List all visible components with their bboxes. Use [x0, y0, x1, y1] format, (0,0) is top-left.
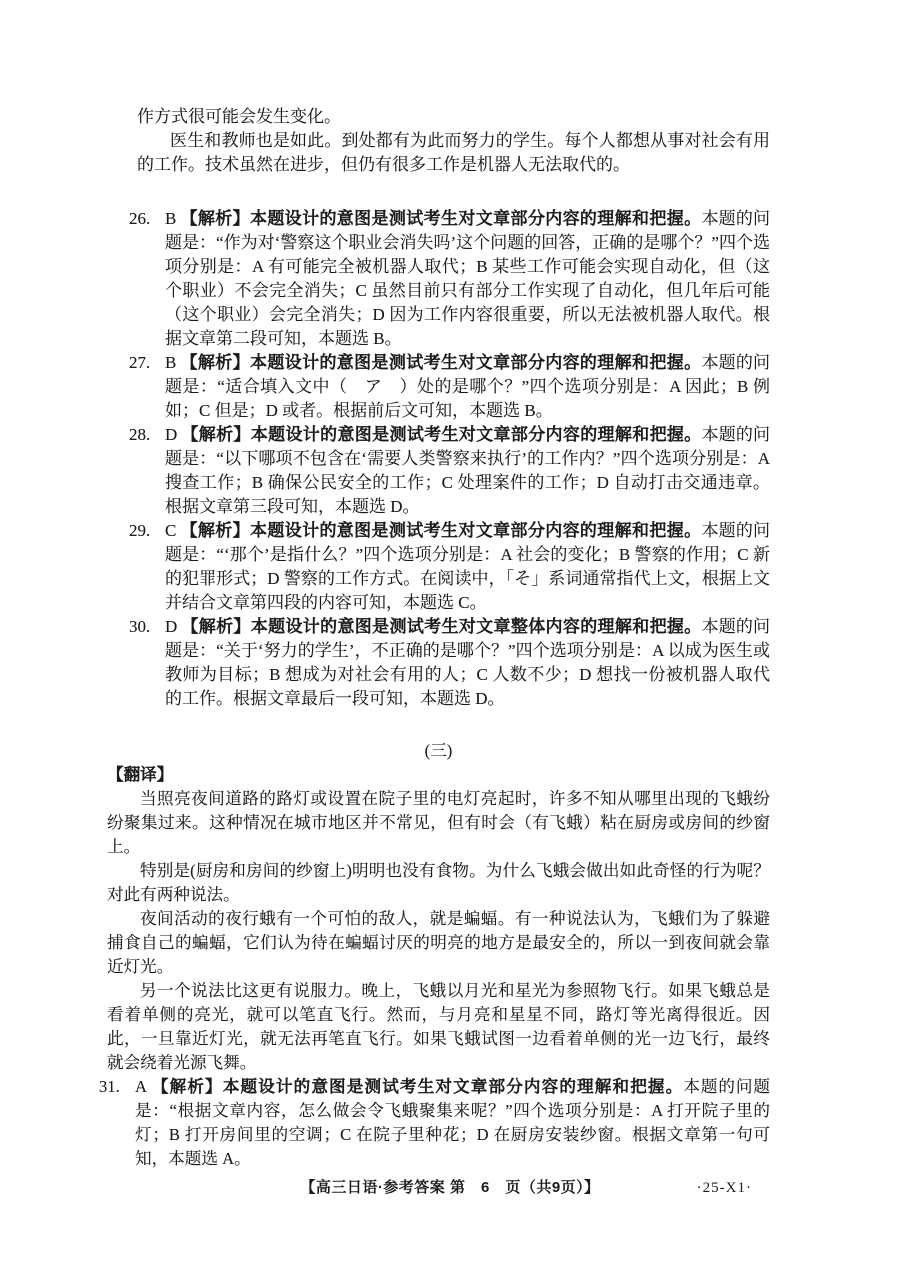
analysis-heading: 【解析】本题设计的意图是测试考生对文章部分内容的理解和把握。 [180, 521, 701, 540]
answer-letter: B [165, 353, 176, 372]
analysis-heading: 【解析】本题设计的意图是测试考生对文章部分内容的理解和把握。 [151, 1077, 683, 1096]
translation-paragraph-1: 当照亮夜间道路的路灯或设置在院子里的电灯亮起时，许多不知从哪里出现的飞蛾纷纷聚集… [107, 787, 770, 859]
intro-paragraph: 医生和教师也是如此。到处都有为此而努力的学生。每个人都想从事对社会有用的工作。技… [137, 129, 770, 177]
question-28-explanation: 28.D【解析】本题设计的意图是测试考生对文章部分内容的理解和把握。本题的问题是… [137, 423, 770, 519]
answer-explanations-26-30: 26.B【解析】本题设计的意图是测试考生对文章部分内容的理解和把握。本题的问题是… [137, 207, 770, 711]
section-three-heading: (三) [107, 739, 770, 763]
document-page: 作方式很可能会发生变化。 医生和教师也是如此。到处都有为此而努力的学生。每个人都… [0, 0, 900, 1273]
question-29-explanation: 29.C【解析】本题设计的意图是测试考生对文章部分内容的理解和把握。本题的问题是… [137, 519, 770, 615]
analysis-text: 本题的问题是：“作为对‘警察这个职业会消失吗’这个问题的回答，正确的是哪个？”四… [165, 209, 770, 348]
question-number: 31. [99, 1075, 120, 1099]
analysis-heading: 【解析】本题设计的意图是测试考生对文章部分内容的理解和把握。 [180, 209, 701, 228]
question-number: 29. [129, 519, 150, 543]
answer-letter: C [165, 521, 176, 540]
translation-paragraph-2: 特别是(厨房和房间的纱窗上)明明也没有食物。为什么飞蛾会做出如此奇怪的行为呢？对… [107, 859, 770, 907]
question-26-explanation: 26.B【解析】本题设计的意图是测试考生对文章部分内容的理解和把握。本题的问题是… [137, 207, 770, 351]
question-number: 26. [129, 207, 150, 231]
analysis-heading: 【解析】本题设计的意图是测试考生对文章整体内容的理解和把握。 [181, 617, 701, 636]
answer-letter: B [165, 209, 176, 228]
answer-letter: D [165, 617, 177, 636]
page-content: 作方式很可能会发生变化。 医生和教师也是如此。到处都有为此而努力的学生。每个人都… [137, 105, 770, 1171]
question-number: 30. [129, 615, 150, 639]
question-31-explanation: 31.A【解析】本题设计的意图是测试考生对文章部分内容的理解和把握。本题的问题是… [107, 1075, 770, 1171]
answer-letter: A [135, 1077, 147, 1096]
footer-paper-code: ·25-X1· [697, 1176, 752, 1200]
question-30-explanation: 30.D【解析】本题设计的意图是测试考生对文章整体内容的理解和把握。本题的问题是… [137, 615, 770, 711]
section-three: (三) 【翻译】 当照亮夜间道路的路灯或设置在院子里的电灯亮起时，许多不知从哪里… [107, 739, 770, 1171]
intro-continuation-line: 作方式很可能会发生变化。 [137, 105, 770, 129]
page-footer: 【高三日语·参考答案 第 6 页（共9页）】 ·25-X1· [0, 1176, 900, 1200]
translation-label: 【翻译】 [107, 763, 770, 787]
question-number: 28. [129, 423, 150, 447]
analysis-heading: 【解析】本题设计的意图是测试考生对文章部分内容的理解和把握。 [180, 353, 701, 372]
analysis-heading: 【解析】本题设计的意图是测试考生对文章部分内容的理解和把握。 [181, 425, 701, 444]
question-27-explanation: 27.B【解析】本题设计的意图是测试考生对文章部分内容的理解和把握。本题的问题是… [137, 351, 770, 423]
question-number: 27. [129, 351, 150, 375]
translation-paragraph-3: 夜间活动的夜行蛾有一个可怕的敌人，就是蝙蝠。有一种说法认为，飞蛾们为了躲避捕食自… [107, 907, 770, 979]
translation-paragraph-4: 另一个说法比这更有说服力。晚上，飞蛾以月光和星光为参照物飞行。如果飞蛾总是看着单… [107, 979, 770, 1075]
footer-title-page-number: 【高三日语·参考答案 第 6 页（共9页）】 [0, 1176, 900, 1200]
answer-letter: D [165, 425, 177, 444]
